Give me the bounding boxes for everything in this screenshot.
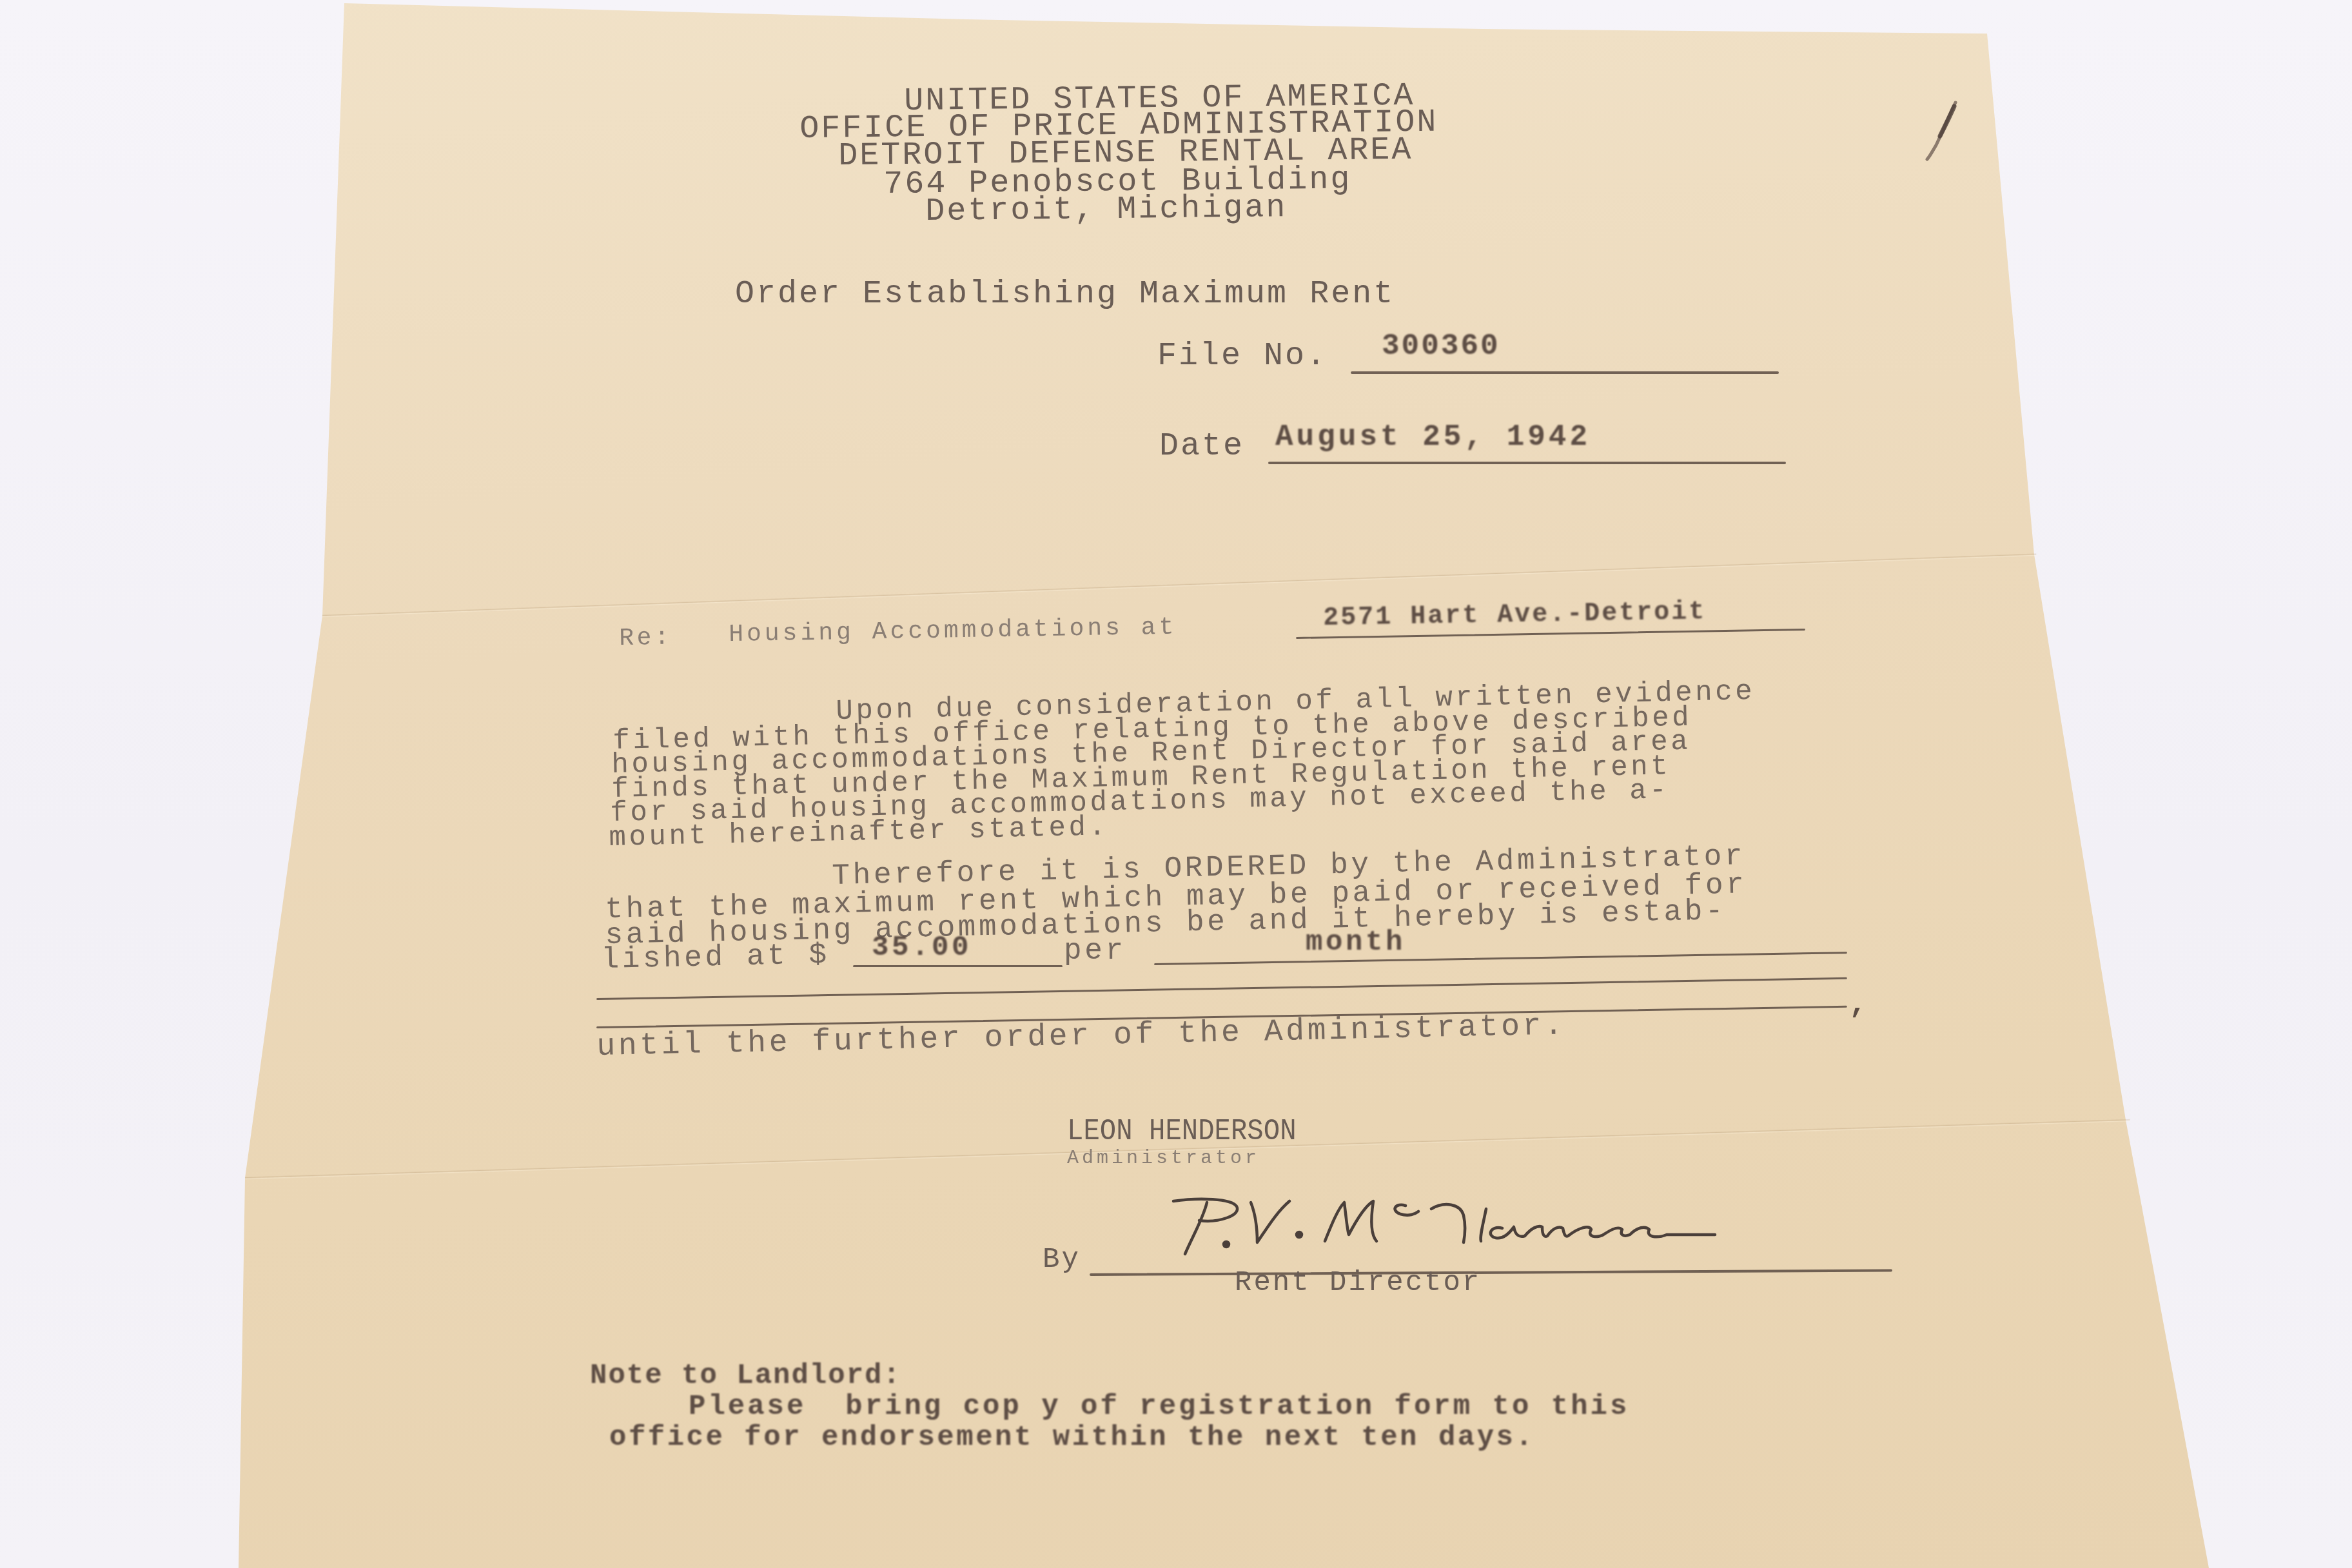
re-address: 2571 Hart Ave.-Detroit	[1323, 600, 1707, 632]
date-value: August 25, 1942	[1275, 422, 1591, 452]
file-no-underline	[1351, 371, 1779, 374]
handwritten-signature	[1161, 1190, 1837, 1260]
per-label: per	[1064, 936, 1126, 966]
document-title: Order Establishing Maximum Rent	[735, 279, 1395, 311]
line-comma: ,	[1849, 990, 1870, 1019]
rent-amount: 35.00	[872, 934, 972, 962]
rent-amount-underline	[853, 965, 1063, 967]
note-line: Please bring cop y of registration form …	[689, 1393, 1629, 1421]
administrator-title: Administrator	[1067, 1149, 1260, 1168]
date-label: Date	[1159, 431, 1244, 463]
re-label: Re:	[619, 626, 672, 651]
by-label: By	[1043, 1246, 1081, 1274]
established-prefix: lished at $	[601, 940, 830, 975]
note-line: office for endorsement within the next t…	[609, 1424, 1534, 1452]
pen-mark	[1925, 100, 1963, 161]
rent-period: month	[1306, 928, 1406, 957]
signatory-title: Rent Director	[1235, 1269, 1481, 1297]
file-no-value: 300360	[1382, 331, 1500, 361]
note-heading: Note to Landlord:	[590, 1362, 901, 1390]
letterhead-line-city: Detroit, Michigan	[925, 192, 1288, 228]
administrator-name: LEON HENDERSON	[1067, 1117, 1297, 1146]
file-no-label: File No.	[1157, 340, 1328, 373]
date-underline	[1268, 462, 1786, 464]
